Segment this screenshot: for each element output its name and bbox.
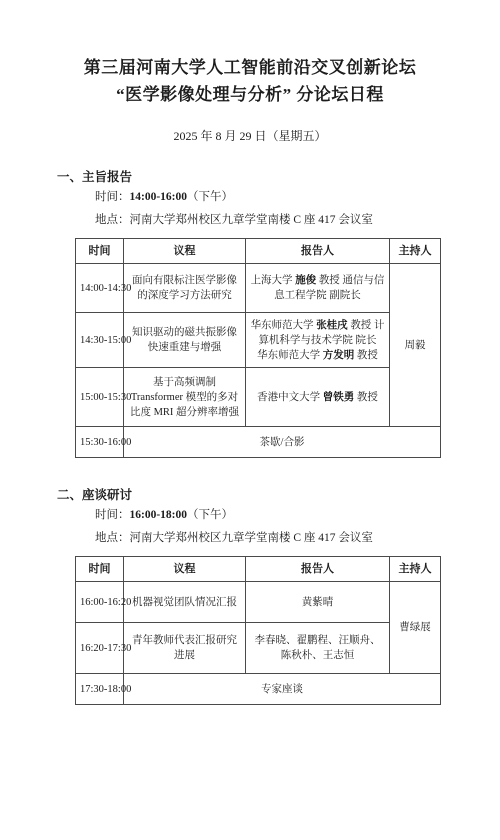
time-value: 16:00-18:00 [130,509,188,521]
merged-activity-cell: 茶歇/合影 [124,427,441,458]
column-header: 议程 [124,557,246,582]
page-title-line2: “医学影像处理与分析” 分论坛日程 [0,81,500,108]
speaker-name: 方发明 [323,350,355,361]
location-value: 河南大学郑州校区九章学堂南楼 C 座 417 会议室 [130,532,373,544]
speaker-cell: 上海大学 施俊 教授 通信与信息工程学院 副院长 [246,264,390,313]
document-page: 第三届河南大学人工智能前沿交叉创新论坛 “医学影像处理与分析” 分论坛日程 20… [0,0,500,840]
location-value: 河南大学郑州校区九章学堂南楼 C 座 417 会议室 [130,214,373,226]
agenda-cell: 知识驱动的磁共振影像快速重建与增强 [124,313,246,368]
speaker-cell: 香港中文大学 曾铁勇 教授 [246,368,390,427]
time-cell: 14:00-14:30 [76,264,124,313]
time-value: 14:00-16:00 [130,191,188,203]
column-header: 报告人 [246,557,390,582]
time-cell: 17:30-18:00 [76,674,124,705]
speaker-name: 张桂戌 [316,320,348,331]
event-date: 2025 年 8 月 29 日（星期五） [0,127,500,144]
table-header-row: 时间议程报告人主持人 [76,557,441,582]
section-heading: 二、座谈研讨 [57,485,460,503]
time-suffix: （下午） [187,509,233,521]
location-line: 地点：河南大学郑州校区九章学堂南楼 C 座 417 会议室 [95,528,460,549]
panel-schedule-table: 时间议程报告人主持人16:00-16:20机器视觉团队情况汇报黄紫晴曹绿展16:… [75,556,441,705]
time-cell: 15:30-16:00 [76,427,124,458]
time-cell: 16:20-17:30 [76,623,124,674]
keynote-schedule-table: 时间议程报告人主持人14:00-14:30面向有限标注医学影像的深度学习方法研究… [75,238,441,458]
agenda-cell: 青年教师代表汇报研究进展 [124,623,246,674]
time-label: 时间： [95,191,130,203]
section-keynote: 一、主旨报告 时间：14:00-16:00（下午） 地点：河南大学郑州校区九章学… [57,167,460,458]
speaker-text: 教授 [354,392,378,403]
section-heading: 一、主旨报告 [57,167,460,185]
host-cell: 曹绿展 [390,582,441,674]
speaker-name: 曾铁勇 [323,392,355,403]
table-row: 16:20-17:30青年教师代表汇报研究进展李春晓、翟鹏程、汪顺舟、陈秋朴、王… [76,623,441,674]
speaker-text: 香港中文大学 [257,392,323,403]
host-cell: 周毅 [390,264,441,427]
table-row: 14:00-14:30面向有限标注医学影像的深度学习方法研究上海大学 施俊 教授… [76,264,441,313]
speaker-text: 教授 [354,350,378,361]
location-line: 地点：河南大学郑州校区九章学堂南楼 C 座 417 会议室 [95,210,460,231]
table-row: 14:30-15:00知识驱动的磁共振影像快速重建与增强华东师范大学 张桂戌 教… [76,313,441,368]
column-header: 主持人 [390,239,441,264]
table-row: 16:00-16:20机器视觉团队情况汇报黄紫晴曹绿展 [76,582,441,623]
time-line: 时间：16:00-18:00（下午） [95,505,460,526]
speaker-text: 华东师范大学 [257,350,323,361]
time-cell: 16:00-16:20 [76,582,124,623]
agenda-cell: 基于高频调制 Transformer 模型的多对比度 MRI 超分辨率增强 [124,368,246,427]
speaker-name: 施俊 [295,275,316,286]
column-header: 时间 [76,557,124,582]
speaker-text: 华东师范大学 [251,320,317,331]
agenda-cell: 面向有限标注医学影像的深度学习方法研究 [124,264,246,313]
table-footer-row: 17:30-18:00专家座谈 [76,674,441,705]
time-label: 时间： [95,509,130,521]
time-cell: 14:30-15:00 [76,313,124,368]
column-header: 时间 [76,239,124,264]
location-label: 地点： [95,532,130,544]
column-header: 议程 [124,239,246,264]
column-header: 主持人 [390,557,441,582]
speaker-cell: 黄紫晴 [246,582,390,623]
merged-activity-cell: 专家座谈 [124,674,441,705]
page-title-line1: 第三届河南大学人工智能前沿交叉创新论坛 [0,54,500,81]
speaker-text: 黄紫晴 [302,597,334,608]
time-cell: 15:00-15:30 [76,368,124,427]
time-line: 时间：14:00-16:00（下午） [95,187,460,208]
section-panel: 二、座谈研讨 时间：16:00-18:00（下午） 地点：河南大学郑州校区九章学… [57,485,460,705]
agenda-cell: 机器视觉团队情况汇报 [124,582,246,623]
table-header-row: 时间议程报告人主持人 [76,239,441,264]
table-footer-row: 15:30-16:00茶歇/合影 [76,427,441,458]
speaker-text: 李春晓、翟鹏程、汪顺舟、陈秋朴、王志恒 [255,635,381,661]
location-label: 地点： [95,214,130,226]
speaker-cell: 华东师范大学 张桂戌 教授 计算机科学与技术学院 院长华东师范大学 方发明 教授 [246,313,390,368]
speaker-text: 上海大学 [251,275,296,286]
column-header: 报告人 [246,239,390,264]
speaker-cell: 李春晓、翟鹏程、汪顺舟、陈秋朴、王志恒 [246,623,390,674]
table-row: 15:00-15:30基于高频调制 Transformer 模型的多对比度 MR… [76,368,441,427]
time-suffix: （下午） [187,191,233,203]
